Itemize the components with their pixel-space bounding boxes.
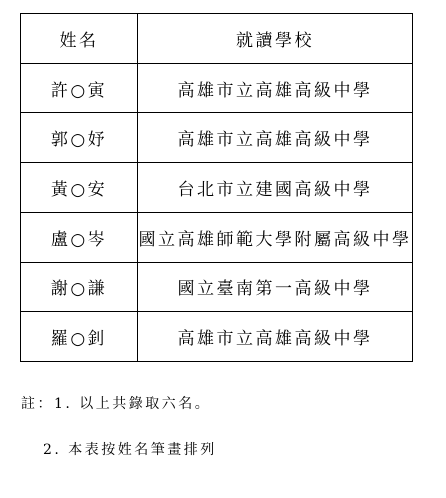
cell-school: 高雄市立高雄高級中學 (138, 312, 413, 362)
cell-school: 國立臺南第一高級中學 (138, 262, 413, 312)
table-row: 羅○釗 高雄市立高雄高級中學 (21, 312, 413, 362)
table-row: 盧○岑 國立高雄師範大學附屬高級中學 (21, 212, 413, 262)
cell-school: 台北市立建國高級中學 (138, 163, 413, 213)
cell-name: 盧○岑 (21, 212, 138, 262)
cell-name: 黃○安 (21, 163, 138, 213)
header-name: 姓名 (21, 14, 138, 64)
note-line-2: 2. 本表按姓名筆畫排列 (43, 442, 217, 459)
note-line-1: 註：1. 以上共錄取六名。 (21, 396, 217, 413)
cell-school: 國立高雄師範大學附屬高級中學 (138, 212, 413, 262)
admission-document: 姓名 就讀學校 許○寅 高雄市立高雄高級中學 郭○妤 高雄市立高雄高級中學 黃○… (0, 0, 446, 498)
cell-school: 高雄市立高雄高級中學 (138, 63, 413, 113)
table-row: 謝○謙 國立臺南第一高級中學 (21, 262, 413, 312)
cell-school: 高雄市立高雄高級中學 (138, 113, 413, 163)
cell-name: 羅○釗 (21, 312, 138, 362)
table-row: 許○寅 高雄市立高雄高級中學 (21, 63, 413, 113)
table-header-row: 姓名 就讀學校 (21, 14, 413, 64)
cell-name: 郭○妤 (21, 113, 138, 163)
admission-table: 姓名 就讀學校 許○寅 高雄市立高雄高級中學 郭○妤 高雄市立高雄高級中學 黃○… (20, 13, 413, 362)
header-school: 就讀學校 (138, 14, 413, 64)
table-row: 黃○安 台北市立建國高級中學 (21, 163, 413, 213)
cell-name: 謝○謙 (21, 262, 138, 312)
table-row: 郭○妤 高雄市立高雄高級中學 (21, 113, 413, 163)
cell-name: 許○寅 (21, 63, 138, 113)
notes: 註：1. 以上共錄取六名。 2. 本表按姓名筆畫排列 (21, 396, 217, 459)
